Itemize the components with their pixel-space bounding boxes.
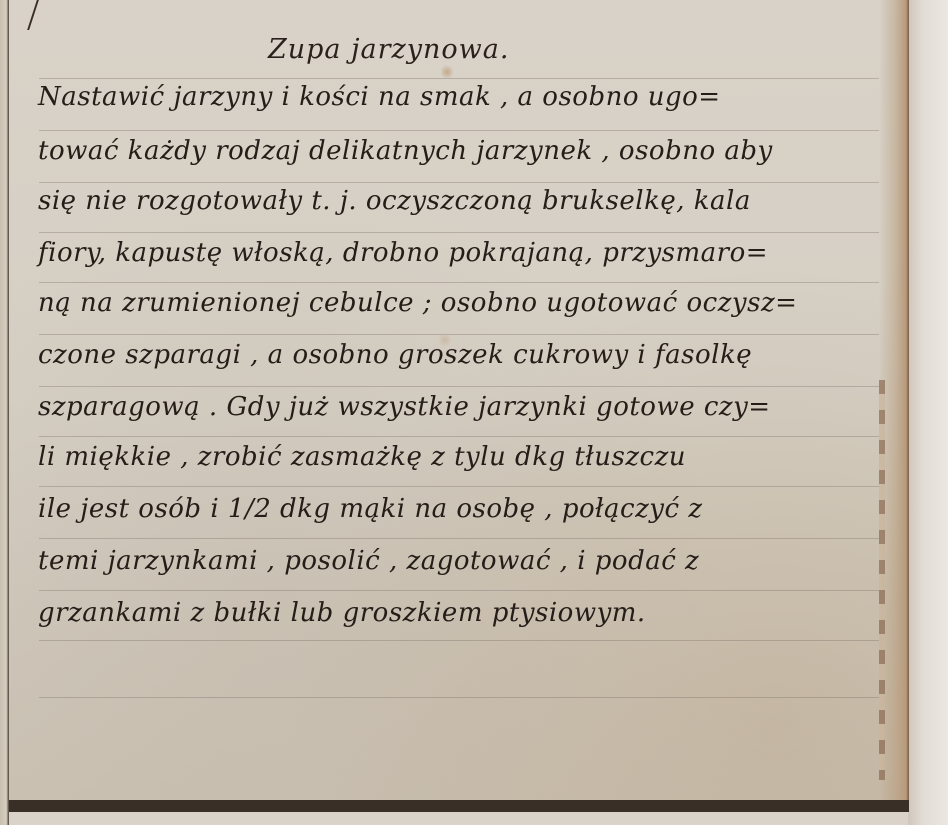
text-line: temi jarzynkami , posolić , zagotować , … [38,546,699,576]
previous-line-stroke [27,0,47,30]
text-line: ną na zrumienionej cebulce ; osobno ugot… [38,288,797,318]
text-line: li miękkie , zrobić zasmażkę z tylu dkg … [38,442,686,472]
text-line: czone szparagi , a osobno groszek cukrow… [38,340,752,370]
text-line: grzankami z bułki lub groszkiem ptysiowy… [38,598,646,628]
text-line: fiory, kapustę włoską, drobno pokrajaną,… [38,238,768,268]
text-line: szparagową . Gdy już wszystkie jarzynki … [38,392,771,422]
text-line: tować każdy rodzaj delikatnych jarzynek … [38,136,773,166]
text-line: Nastawić jarzyny i kości na smak , a oso… [38,82,721,112]
text-line: ile jest osób i 1/2 dkg mąki na osobę , … [38,494,703,524]
handwritten-text: Zupa jarzynowa. Nastawić jarzyny i kości… [0,0,948,825]
text-line: się nie rozgotowały t. j. oczyszczoną br… [38,186,751,216]
recipe-title: Zupa jarzynowa. [268,34,509,65]
